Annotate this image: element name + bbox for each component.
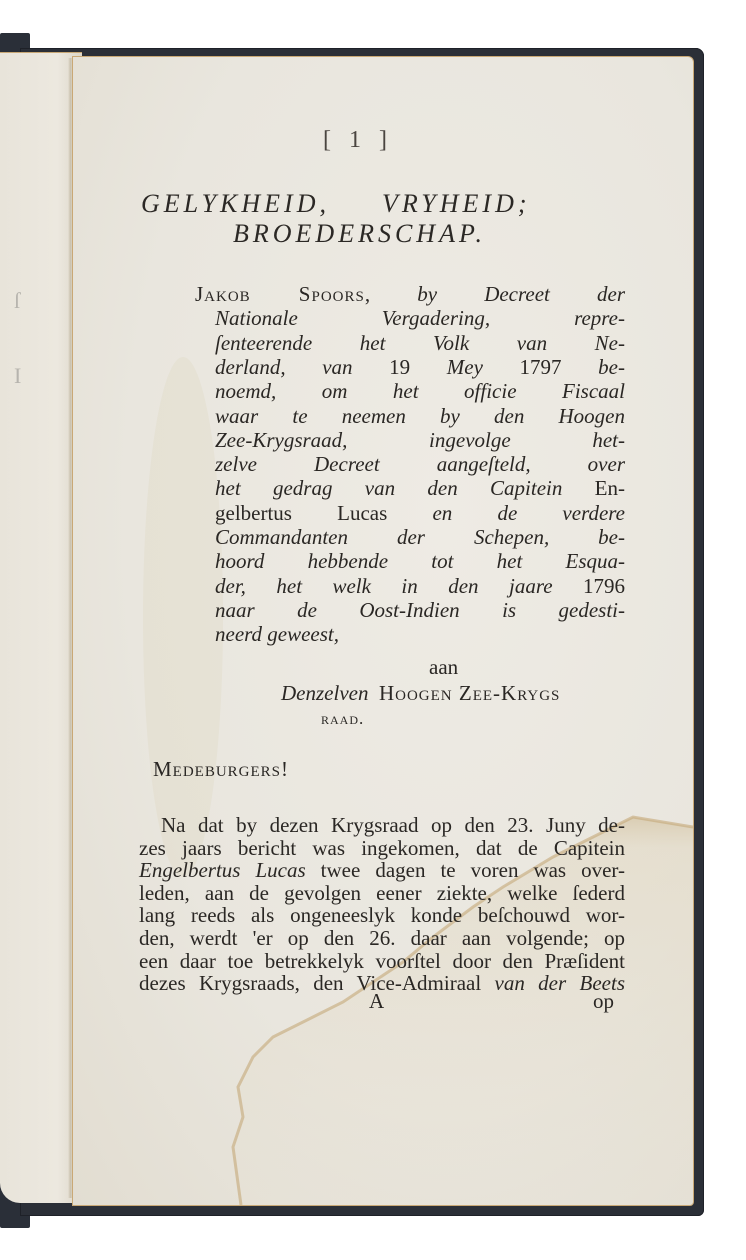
page-number: [1]	[323, 127, 405, 154]
recipient-council: Hoogen Zee-Krygs	[379, 681, 560, 705]
text-run: Engelbertus Lucas	[139, 858, 306, 882]
heading-word-equality: GELYKHEID,	[141, 189, 330, 218]
text-run: Nationale Vergadering, repre-	[215, 306, 625, 330]
heading-word-liberty: VRYHEID;	[382, 189, 531, 218]
address-line: neerd geweest,	[215, 622, 625, 647]
salutation: Medeburgers!	[153, 757, 289, 782]
recipient-aan: aan	[429, 655, 458, 680]
text-run: naar de Oost-Indien is gedesti-	[215, 598, 625, 622]
address-line: ſenteerende het Volk van Ne-	[215, 331, 625, 356]
recipient-denzelven: Denzelven	[281, 681, 368, 705]
page-number-value: 1	[349, 127, 379, 153]
text-run: den, werdt 'er op den 26. daar aan volge…	[139, 926, 625, 950]
catchword: op	[593, 989, 614, 1014]
text-run: zelve Decreet aangeſteld, over	[215, 452, 625, 476]
show-through-mark: ſ	[14, 288, 20, 314]
address-line: noemd, om het officie Fiscaal	[215, 379, 625, 404]
signature-mark: A	[369, 989, 384, 1014]
heading-line-1: GELYKHEID,VRYHEID;	[141, 189, 531, 219]
address-line: Nationale Vergadering, repre-	[215, 306, 625, 331]
text-run: 19	[389, 355, 410, 379]
body-line: leden, aan de gevolgen eener ziekte, wel…	[139, 881, 625, 906]
text-run: leden, aan de gevolgen eener ziekte, wel…	[139, 881, 625, 905]
right-page: [1] GELYKHEID,VRYHEID; BROEDERSCHAP. Jak…	[72, 56, 694, 1206]
text-run: ſenteerende het Volk van Ne-	[215, 331, 625, 355]
text-run: Mey	[410, 355, 519, 379]
text-run: Zee-Krygsraad, ingevolge het-	[215, 428, 625, 452]
text-run: by Decreet der	[417, 282, 625, 306]
address-line: zelve Decreet aangeſteld, over	[215, 452, 625, 477]
text-run: het gedrag van den Capitein	[215, 476, 595, 500]
text-run: lang reeds als ongeneeslyk konde beſchou…	[139, 903, 625, 927]
address-line: Zee-Krygsraad, ingevolge het-	[215, 428, 625, 453]
address-line: Commandanten der Schepen, be-	[215, 525, 625, 550]
text-run: 1796	[583, 574, 625, 598]
text-run: twee dagen te voren was over-	[306, 858, 625, 882]
text-run: neerd geweest,	[215, 622, 339, 646]
text-run: En-	[595, 476, 625, 500]
address-line: hoord hebbende tot het Esqua-	[215, 549, 625, 574]
text-run: en de verdere	[432, 501, 625, 525]
text-run: zes jaars bericht was ingekomen, dat de …	[139, 836, 625, 860]
recipient-line-1: Denzelven Hoogen Zee-Krygs	[281, 681, 560, 706]
address-line: Jakob Spoors, by Decreet der	[195, 282, 625, 307]
text-run: dezes Krygsraads, den Vice-Admiraal	[139, 971, 495, 995]
text-run: gelbertus Lucas	[215, 501, 432, 525]
text-run: hoord hebbende tot het Esqua-	[215, 549, 625, 573]
text-run: Commandanten der Schepen, be-	[215, 525, 625, 549]
address-line: het gedrag van den Capitein En-	[215, 476, 625, 501]
text-run: noemd, om het officie Fiscaal	[215, 379, 625, 403]
body-line: een daar toe betrekkelyk voorſtel door d…	[139, 949, 625, 974]
text-run: waar te neemen by den Hoogen	[215, 404, 625, 428]
address-line: der, het welk in den jaare 1796	[215, 574, 625, 599]
body-line: lang reeds als ongeneeslyk konde beſchou…	[139, 903, 625, 928]
body-line: Engelbertus Lucas twee dagen te voren wa…	[139, 858, 625, 883]
text-run: Jakob Spoors	[195, 282, 365, 306]
text-run: be-	[562, 355, 625, 379]
body-line: zes jaars bericht was ingekomen, dat de …	[139, 836, 625, 861]
text-run: Na dat by dezen Krygsraad op den 23. Jun…	[161, 813, 625, 837]
address-line: gelbertus Lucas en de verdere	[215, 501, 625, 526]
text-run: een daar toe betrekkelyk voorſtel door d…	[139, 949, 625, 973]
address-line: waar te neemen by den Hoogen	[215, 404, 625, 429]
text-run: der, het welk in den jaare	[215, 574, 583, 598]
recipient-line-2: raad.	[321, 709, 364, 729]
body-line: den, werdt 'er op den 26. daar aan volge…	[139, 926, 625, 951]
heading-line-2: BROEDERSCHAP.	[233, 219, 486, 249]
text-run: ,	[365, 282, 417, 306]
body-line: Na dat by dezen Krygsraad op den 23. Jun…	[161, 813, 625, 838]
show-through-mark: I	[14, 363, 21, 389]
text-run: 1797	[520, 355, 562, 379]
address-line: derland, van 19 Mey 1797 be-	[215, 355, 625, 380]
address-line: naar de Oost-Indien is gedesti-	[215, 598, 625, 623]
text-run: derland, van	[215, 355, 389, 379]
